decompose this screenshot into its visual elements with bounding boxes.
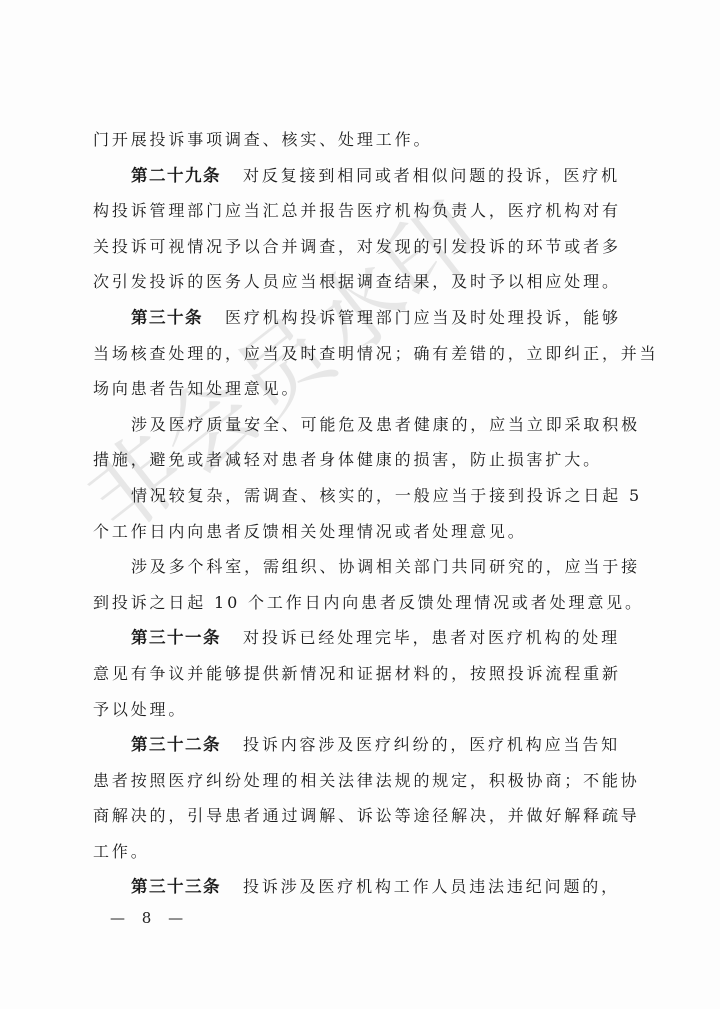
text-line: 涉及多个科室，需组织、协调相关部门共同研究的，应当于接	[93, 549, 625, 585]
text-line: 予以处理。	[93, 692, 625, 728]
line-text: 对反复接到相同或者相似问题的投诉，医疗机	[243, 166, 620, 185]
line-text: 当场核查处理的，应当及时查明情况；确有差错的，立即纠正，并当	[93, 344, 659, 363]
article-number: 第三十三条	[131, 877, 221, 896]
page-number: — 8 —	[110, 909, 189, 927]
line-text: 涉及多个科室，需组织、协调相关部门共同研究的，应当于接	[131, 557, 640, 576]
text-line: 意见有争议并能够提供新情况和证据材料的，按照投诉流程重新	[93, 656, 625, 692]
text-line: 商解决的，引导患者通过调解、诉讼等途径解决，并做好解释疏导	[93, 798, 625, 834]
text-line: 措施，避免或者减轻对患者身体健康的损害，防止损害扩大。	[93, 442, 625, 478]
text-line: 第二十九条对反复接到相同或者相似问题的投诉，医疗机	[93, 158, 625, 194]
article-number: 第三十条	[131, 308, 203, 327]
text-line: 次引发投诉的医务人员应当根据调查结果，及时予以相应处理。	[93, 264, 625, 300]
line-text: 次引发投诉的医务人员应当根据调查结果，及时予以相应处理。	[93, 272, 621, 291]
text-line: 个工作日内向患者反馈相关处理情况或者处理意见。	[93, 514, 625, 550]
text-line: 门开展投诉事项调查、核实、处理工作。	[93, 122, 625, 158]
line-text: 商解决的，引导患者通过调解、诉讼等途径解决，并做好解释疏导	[93, 806, 640, 825]
text-line: 第三十三条投诉涉及医疗机构工作人员违法违纪问题的，	[93, 869, 625, 905]
article-number: 第二十九条	[131, 166, 221, 185]
line-text: 投诉涉及医疗机构工作人员违法违纪问题的，	[243, 877, 620, 896]
line-text: 予以处理。	[93, 700, 187, 719]
document-page: 非会员水印 门开展投诉事项调查、核实、处理工作。 第二十九条对反复接到相同或者相…	[0, 0, 720, 1009]
text-line: 场向患者告知处理意见。	[93, 371, 625, 407]
line-text: 投诉内容涉及医疗纠纷的，医疗机构应当告知	[243, 735, 620, 754]
line-text: 对投诉已经处理完毕，患者对医疗机构的处理	[243, 628, 620, 647]
article-number: 第三十一条	[131, 628, 221, 647]
line-text: 门开展投诉事项调查、核实、处理工作。	[93, 130, 432, 149]
line-text: 个工作日内向患者反馈相关处理情况或者处理意见。	[93, 522, 527, 541]
line-text: 关投诉可视情况予以合并调查，对发现的引发投诉的环节或者多	[93, 237, 621, 256]
line-text: 情况较复杂，需调查、核实的，一般应当于接到投诉之日起 5	[131, 486, 642, 505]
line-text: 患者按照医疗纠纷处理的相关法律法规的规定，积极协商；不能协	[93, 771, 640, 790]
document-body: 门开展投诉事项调查、核实、处理工作。 第二十九条对反复接到相同或者相似问题的投诉…	[93, 122, 625, 905]
article-number: 第三十二条	[131, 735, 221, 754]
text-line: 当场核查处理的，应当及时查明情况；确有差错的，立即纠正，并当	[93, 336, 625, 372]
line-text: 工作。	[93, 842, 150, 861]
text-line: 到投诉之日起 10 个工作日内向患者反馈处理情况或者处理意见。	[93, 585, 625, 621]
line-text: 医疗机构投诉管理部门应当及时处理投诉，能够	[225, 308, 621, 327]
text-line: 情况较复杂，需调查、核实的，一般应当于接到投诉之日起 5	[93, 478, 625, 514]
text-line: 关投诉可视情况予以合并调查，对发现的引发投诉的环节或者多	[93, 229, 625, 265]
text-line: 涉及医疗质量安全、可能危及患者健康的，应当立即采取积极	[93, 407, 625, 443]
line-text: 构投诉管理部门应当汇总并报告医疗机构负责人，医疗机构对有	[93, 201, 621, 220]
line-text: 场向患者告知处理意见。	[93, 379, 300, 398]
text-line: 构投诉管理部门应当汇总并报告医疗机构负责人，医疗机构对有	[93, 193, 625, 229]
line-text: 涉及医疗质量安全、可能危及患者健康的，应当立即采取积极	[131, 415, 640, 434]
line-text: 意见有争议并能够提供新情况和证据材料的，按照投诉流程重新	[93, 664, 621, 683]
text-line: 第三十一条对投诉已经处理完毕，患者对医疗机构的处理	[93, 620, 625, 656]
text-line: 第三十二条投诉内容涉及医疗纠纷的，医疗机构应当告知	[93, 727, 625, 763]
text-line: 工作。	[93, 834, 625, 870]
line-text: 措施，避免或者减轻对患者身体健康的损害，防止损害扩大。	[93, 450, 602, 469]
text-line: 患者按照医疗纠纷处理的相关法律法规的规定，积极协商；不能协	[93, 763, 625, 799]
text-line: 第三十条医疗机构投诉管理部门应当及时处理投诉，能够	[93, 300, 625, 336]
line-text: 到投诉之日起 10 个工作日内向患者反馈处理情况或者处理意见。	[93, 593, 644, 612]
